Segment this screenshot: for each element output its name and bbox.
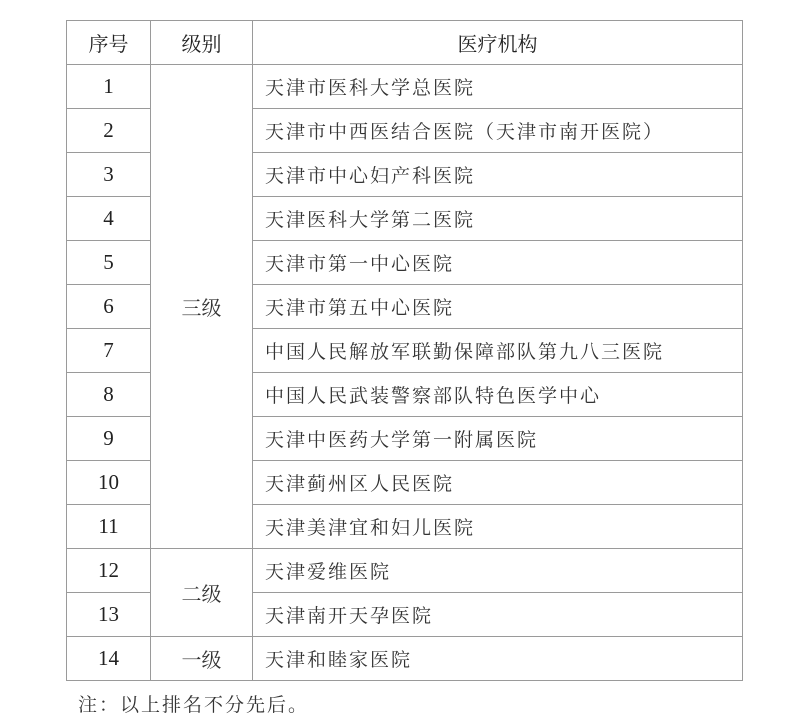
institution-name: 天津蓟州区人民医院: [253, 461, 743, 505]
institution-name: 天津市中西医结合医院（天津市南开医院）: [253, 109, 743, 153]
level-cell-3: 三级: [151, 65, 253, 549]
level-cell-1: 一级: [151, 637, 253, 681]
row-number: 3: [67, 153, 151, 197]
level-cell-2: 二级: [151, 549, 253, 637]
institution-name: 中国人民解放军联勤保障部队第九八三医院: [253, 329, 743, 373]
institution-name: 天津中医药大学第一附属医院: [253, 417, 743, 461]
row-number: 4: [67, 197, 151, 241]
table-header-row: 序号 级别 医疗机构: [67, 21, 743, 65]
institution-name: 天津南开天孕医院: [253, 593, 743, 637]
institution-name: 天津市中心妇产科医院: [253, 153, 743, 197]
row-number: 12: [67, 549, 151, 593]
row-number: 7: [67, 329, 151, 373]
row-number: 8: [67, 373, 151, 417]
row-number: 13: [67, 593, 151, 637]
header-number: 序号: [67, 21, 151, 65]
institution-name: 天津市第五中心医院: [253, 285, 743, 329]
header-institution: 医疗机构: [253, 21, 743, 65]
footnote: 注：以上排名不分先后。: [78, 690, 309, 717]
row-number: 6: [67, 285, 151, 329]
table-row: 1 三级 天津市医科大学总医院: [67, 65, 743, 109]
hospital-table: 序号 级别 医疗机构 1 三级 天津市医科大学总医院 2 天津市中西医结合医院（…: [66, 20, 743, 681]
row-number: 9: [67, 417, 151, 461]
institution-name: 中国人民武装警察部队特色医学中心: [253, 373, 743, 417]
table-row: 12 二级 天津爱维医院: [67, 549, 743, 593]
row-number: 2: [67, 109, 151, 153]
row-number: 10: [67, 461, 151, 505]
institution-name: 天津市第一中心医院: [253, 241, 743, 285]
row-number: 5: [67, 241, 151, 285]
institution-name: 天津市医科大学总医院: [253, 65, 743, 109]
header-level: 级别: [151, 21, 253, 65]
institution-name: 天津和睦家医院: [253, 637, 743, 681]
row-number: 11: [67, 505, 151, 549]
institution-name: 天津爱维医院: [253, 549, 743, 593]
institution-name: 天津医科大学第二医院: [253, 197, 743, 241]
row-number: 1: [67, 65, 151, 109]
institution-name: 天津美津宜和妇儿医院: [253, 505, 743, 549]
table-row: 14 一级 天津和睦家医院: [67, 637, 743, 681]
row-number: 14: [67, 637, 151, 681]
